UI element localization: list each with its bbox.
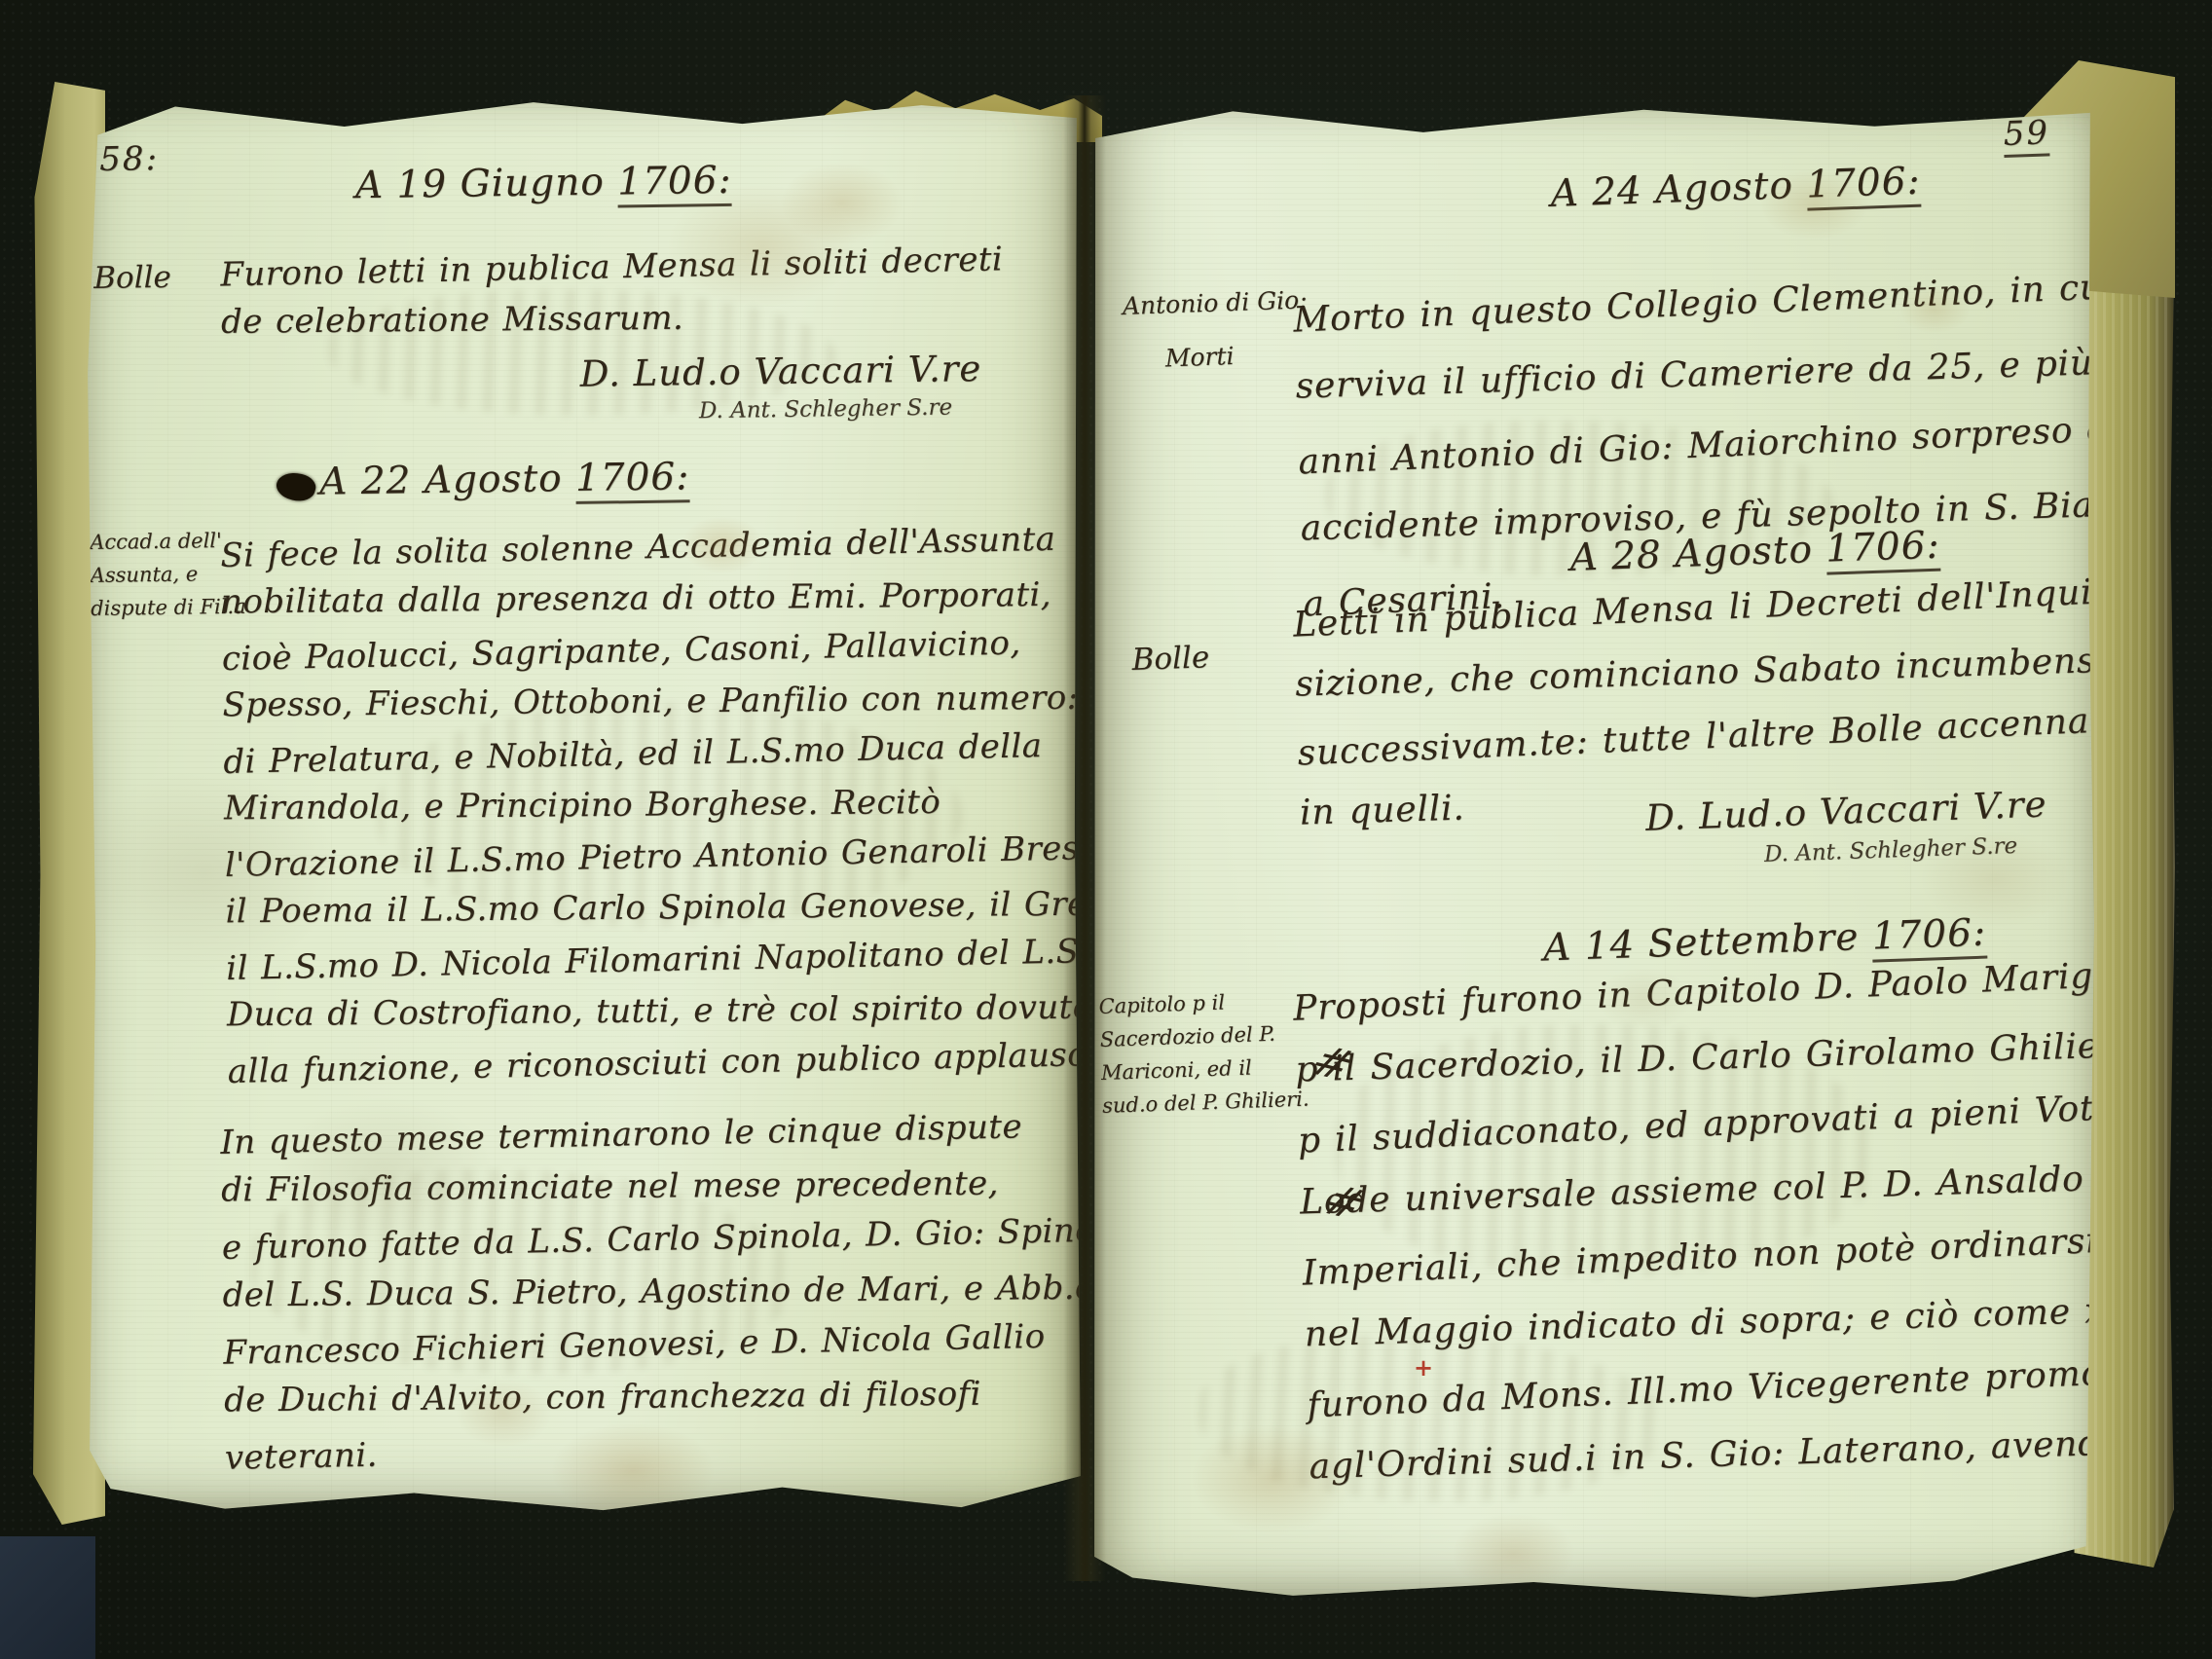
page-number-left: 58: bbox=[99, 139, 159, 179]
entry-heading-year: 1706: bbox=[575, 455, 690, 504]
right-page: 59 A 24 Agosto 1706: Antonio di Gio:Mort… bbox=[1092, 99, 2095, 1599]
margin-note-line: sud.o del P. Ghilieri. bbox=[1102, 1083, 1310, 1123]
margin-note-line: Morti bbox=[1164, 326, 1310, 385]
body-paragraph: Furono letti in publica Mensa li soliti … bbox=[220, 237, 1004, 350]
margin-note-line: Antonio di Gio: bbox=[1122, 273, 1309, 333]
signature-secretary: D. Ant. Schlegher S.re bbox=[504, 395, 952, 426]
table-corner-patch bbox=[0, 1536, 95, 1659]
entry-heading-text: A 28 Agosto bbox=[1569, 528, 1826, 580]
body-paragraph: In questo mese terminarono le cinque dis… bbox=[220, 1101, 1081, 1482]
signature-rector: D. Lud.o Vaccari V.re bbox=[495, 348, 982, 396]
margin-note: Bolle bbox=[1131, 640, 1210, 678]
entry-heading-year: 1706: bbox=[1805, 160, 1921, 211]
page-number-right: 59 bbox=[2003, 113, 2050, 154]
entry-heading-text: A 24 Agosto bbox=[1550, 164, 1807, 216]
entry-heading-text: A 22 Agosto bbox=[319, 457, 575, 504]
margin-note-line: Bolle bbox=[1131, 640, 1210, 678]
body-paragraph: Si fece la solita solenne Accademia dell… bbox=[220, 514, 1081, 1095]
entry-heading-text: A 19 Giugno bbox=[355, 160, 618, 207]
margin-note: Antonio di Gio:Morti bbox=[1122, 273, 1309, 387]
left-page: 58: A 19 Giugno 1706: Bolle Furono letti… bbox=[86, 90, 1081, 1513]
body-paragraph: Proposti furono in Capitolo D. Paolo Mar… bbox=[1292, 942, 2095, 1502]
entry-heading: A 24 Agosto 1706: bbox=[1462, 156, 2009, 219]
photo-stage: 58: A 19 Giugno 1706: Bolle Furono letti… bbox=[0, 0, 2212, 1659]
margin-note-line: Bolle bbox=[93, 260, 171, 296]
body-line: de celebratione Missarum. bbox=[221, 290, 1004, 349]
entry-heading-year: 1706: bbox=[617, 159, 732, 208]
margin-note: Capitolo p ilSacerdozio del P.Mariconi, … bbox=[1098, 983, 1309, 1123]
margin-note: Bolle bbox=[93, 260, 171, 296]
entry-heading: A 19 Giugno 1706: bbox=[232, 157, 856, 209]
page-number-text: 59 bbox=[2003, 113, 2050, 158]
red-cross-mark: + bbox=[1414, 1353, 1433, 1382]
